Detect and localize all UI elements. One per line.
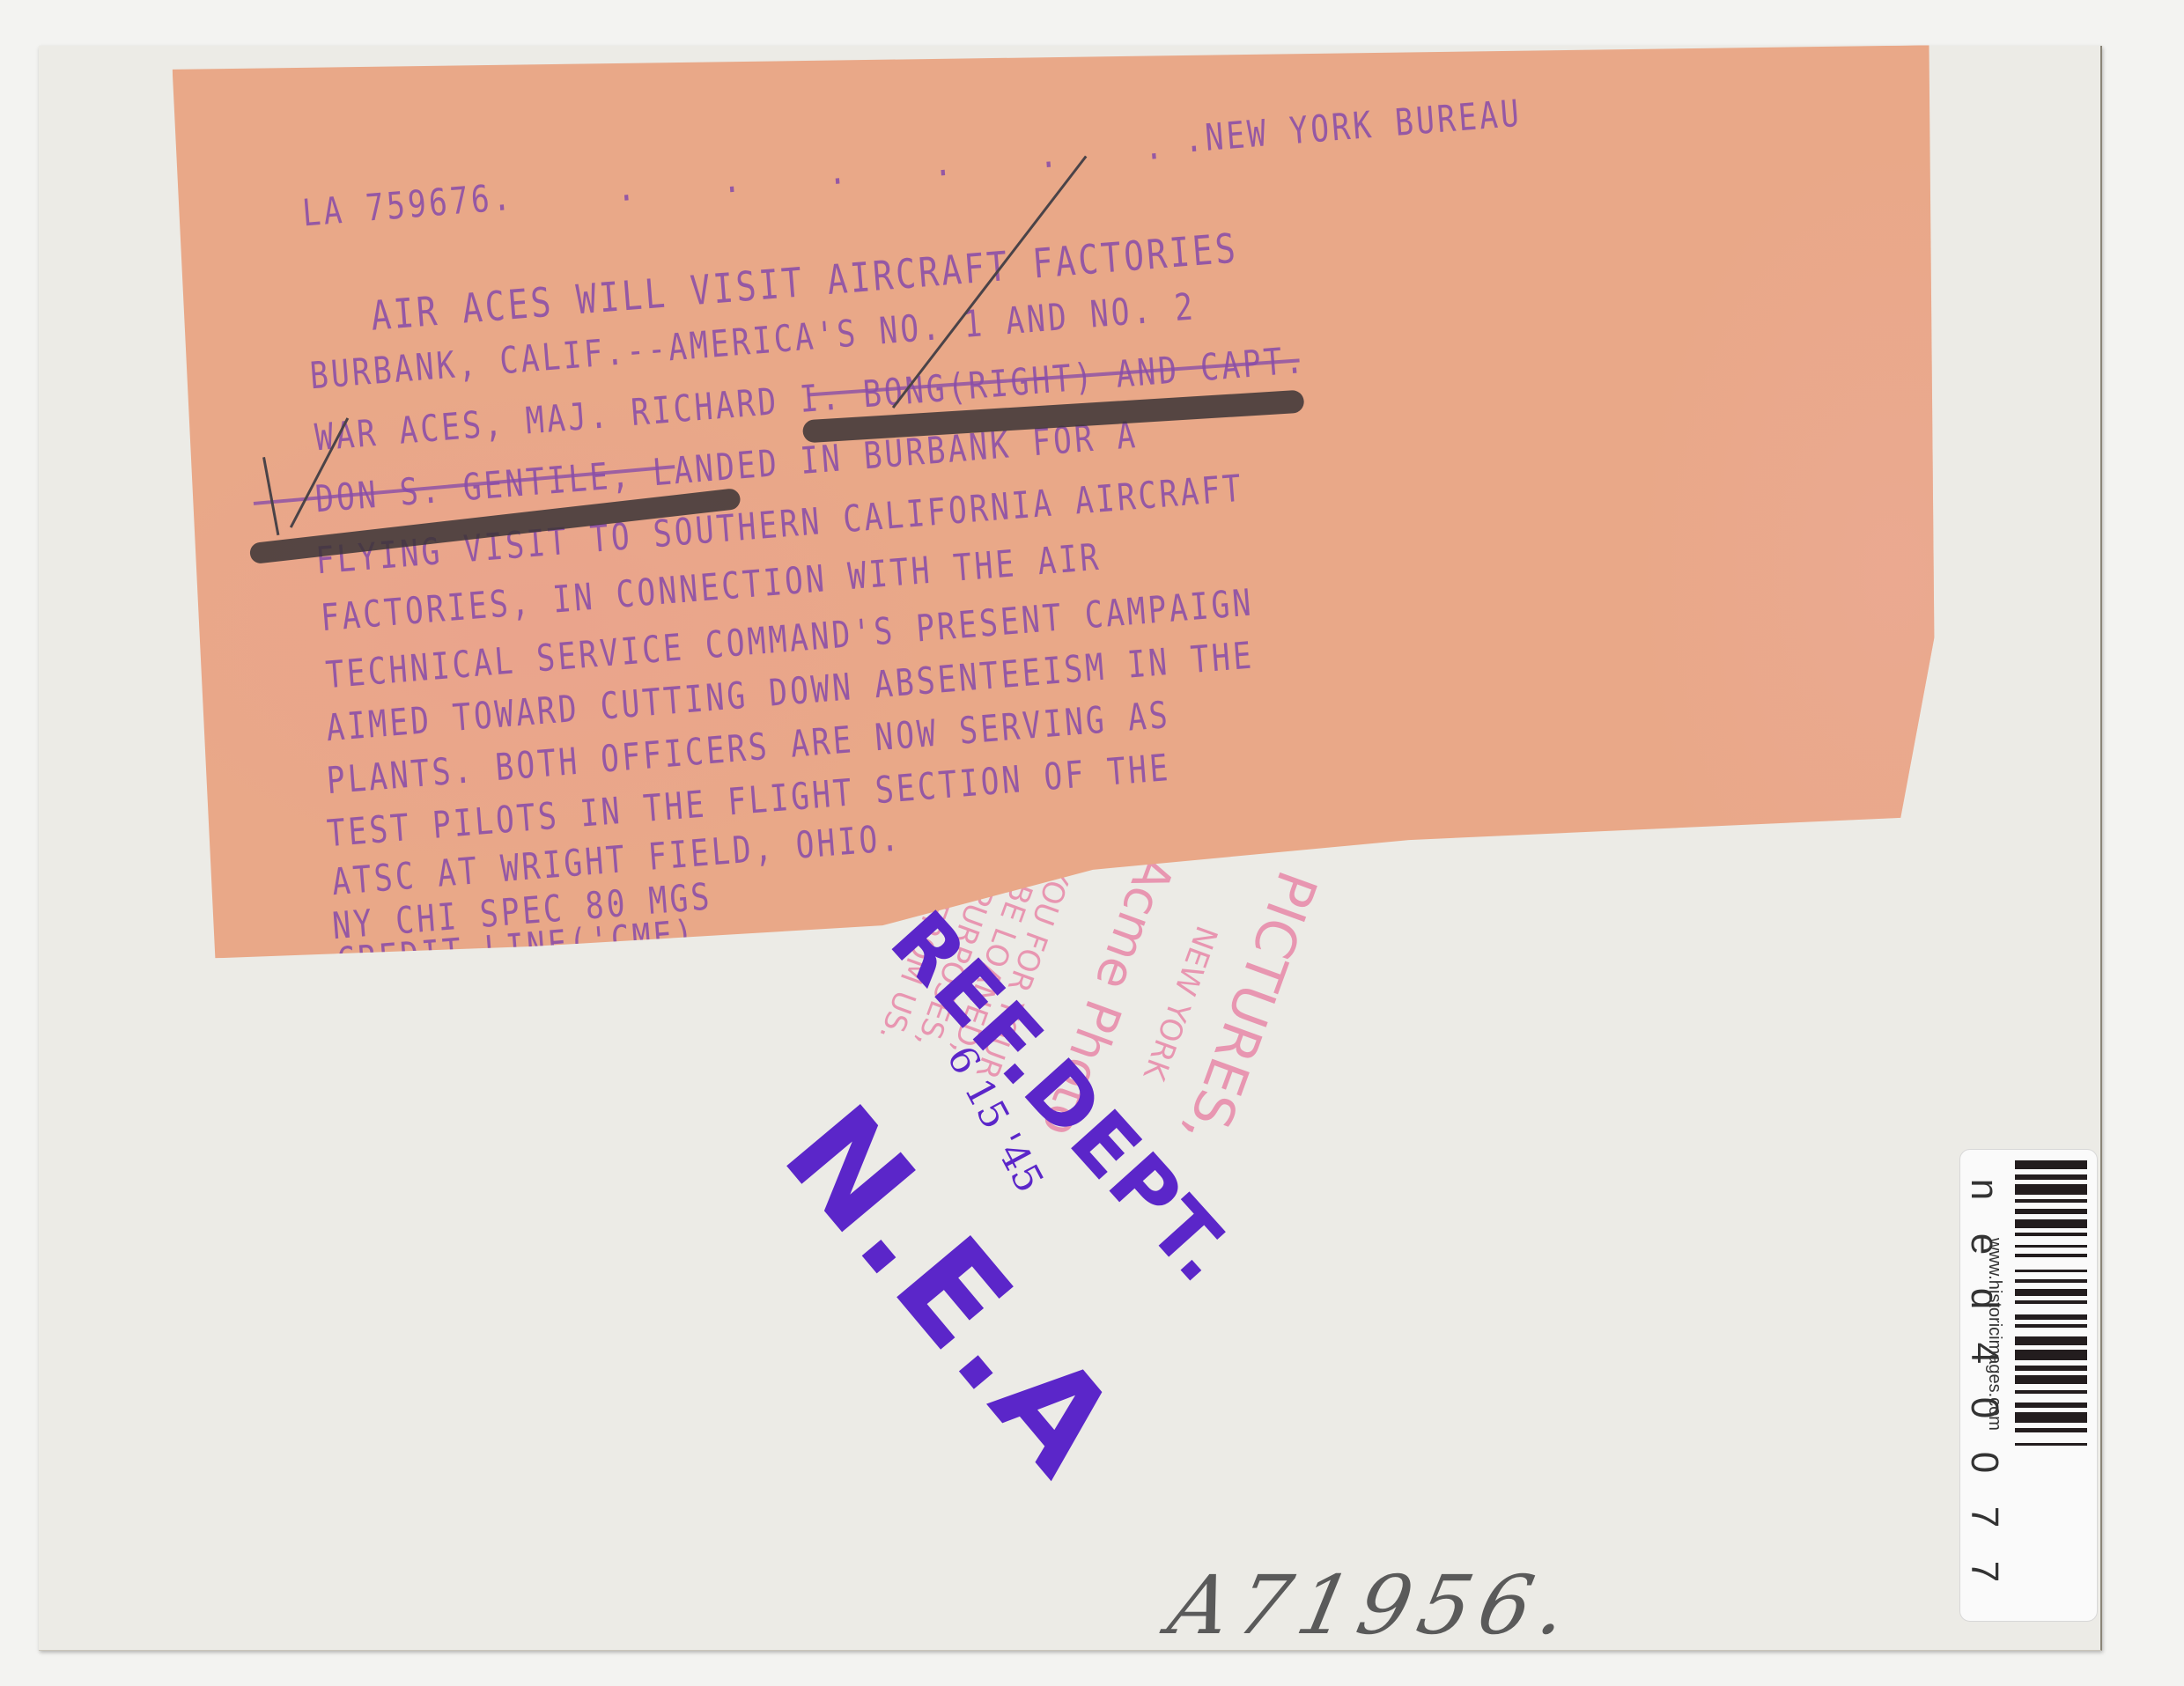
barcode-bar [2015,1443,2087,1446]
barcode-bar [2015,1270,2087,1272]
barcode-bar [2015,1245,2087,1248]
barcode-bar [2015,1336,2087,1345]
barcode-char: n [1962,1179,2006,1200]
barcode-char: 7 [1962,1561,2006,1582]
barcode-url: www.historicimages.com [1984,1238,2004,1431]
barcode-bar [2015,1160,2087,1169]
barcode-bar [2015,1375,2087,1384]
barcode-char: 7 [1962,1506,2006,1528]
barcode-bar [2015,1254,2087,1257]
barcode-bar [2015,1289,2087,1296]
barcode-bar [2015,1428,2087,1432]
barcode-bar [2015,1403,2087,1408]
barcode-char: 0 [1962,1452,2006,1473]
barcode-bar [2015,1233,2087,1236]
pencil-x-mark [262,457,279,535]
barcode-bar [2015,1184,2087,1195]
caption-slip: LA 759676. . . . . . . .NEW YORK BUREAU … [173,45,1937,958]
barcode-bar [2015,1174,2087,1180]
barcode-bar [2015,1199,2087,1203]
barcode-bar [2015,1390,2087,1394]
slip-bureau: .NEW YORK BUREAU [1183,92,1524,161]
slip-id: LA 759676. [300,175,514,235]
barcode-bar [2015,1300,2087,1304]
barcode-bar [2015,1366,2087,1371]
slip-dots: . . . . . . [615,121,1199,210]
handwritten-archive-number: A71956. [1162,1558,1585,1653]
barcode-bar [2015,1209,2087,1214]
barcode-bar [2015,1412,2087,1423]
barcode-bars [2015,1160,2087,1605]
barcode-bar [2015,1279,2087,1283]
barcode-bar [2015,1219,2087,1228]
barcode-bar [2015,1314,2087,1320]
barcode-bar [2015,1324,2087,1328]
barcode-label: ned40077 www.historicimages.com [1959,1149,2098,1622]
barcode-bar [2015,1350,2087,1360]
